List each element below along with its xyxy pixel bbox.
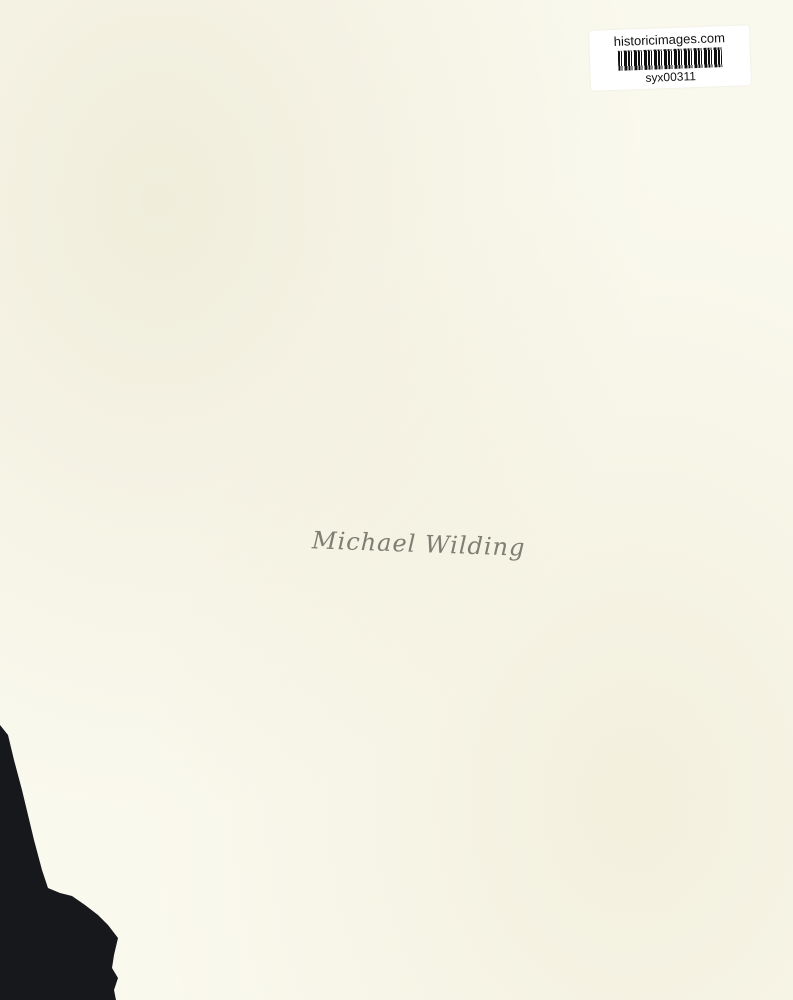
label-code: syx00311 [590, 67, 750, 87]
barcode-icon [618, 47, 723, 71]
archive-label: historicimages.com syx00311 [589, 25, 751, 91]
label-site: historicimages.com [589, 29, 749, 50]
torn-corner [0, 0, 793, 1000]
